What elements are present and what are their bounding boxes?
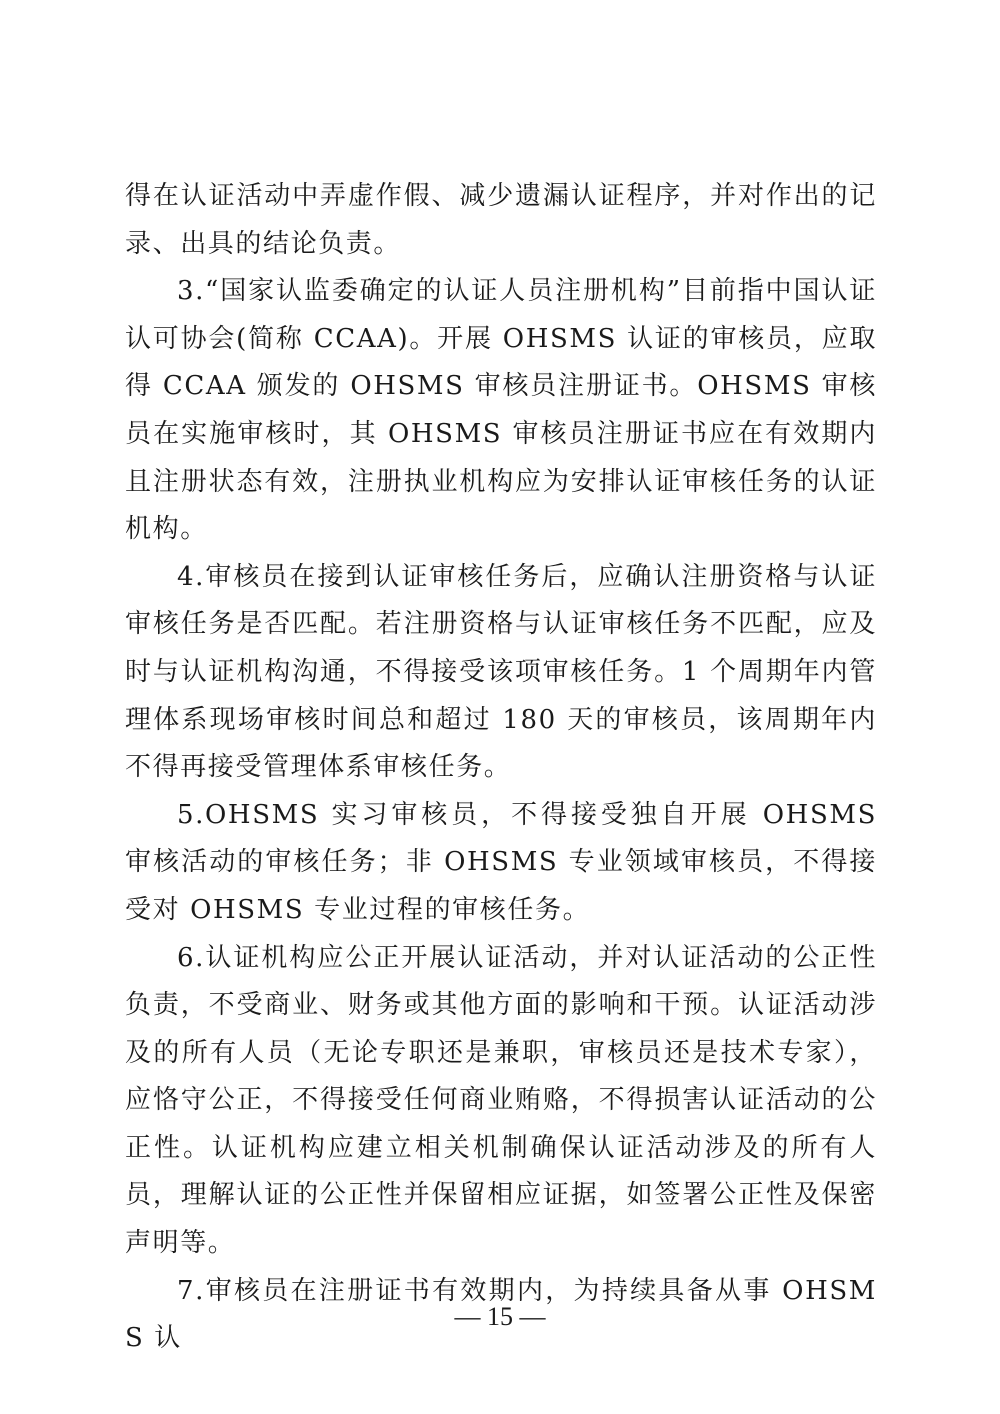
document-body: 得在认证活动中弄虚作假、减少遗漏认证程序，并对作出的记录、出具的结论负责。 3.…: [125, 173, 877, 1363]
paragraph-item-3: 3.“国家认监委确定的认证人员注册机构”目前指中国认证认可协会(简称 CCAA)…: [125, 268, 877, 554]
paragraph-item-6: 6.认证机构应公正开展认证活动，并对认证活动的公正性负责，不受商业、财务或其他方…: [125, 935, 877, 1268]
paragraph-item-4: 4.审核员在接到认证审核任务后，应确认注册资格与认证审核任务是否匹配。若注册资格…: [125, 554, 877, 792]
paragraph-item-5: 5.OHSMS 实习审核员，不得接受独自开展 OHSMS 审核活动的审核任务；非…: [125, 792, 877, 935]
paragraph-continued: 得在认证活动中弄虚作假、减少遗漏认证程序，并对作出的记录、出具的结论负责。: [125, 173, 877, 268]
page-number: — 15 —: [0, 1302, 1000, 1332]
